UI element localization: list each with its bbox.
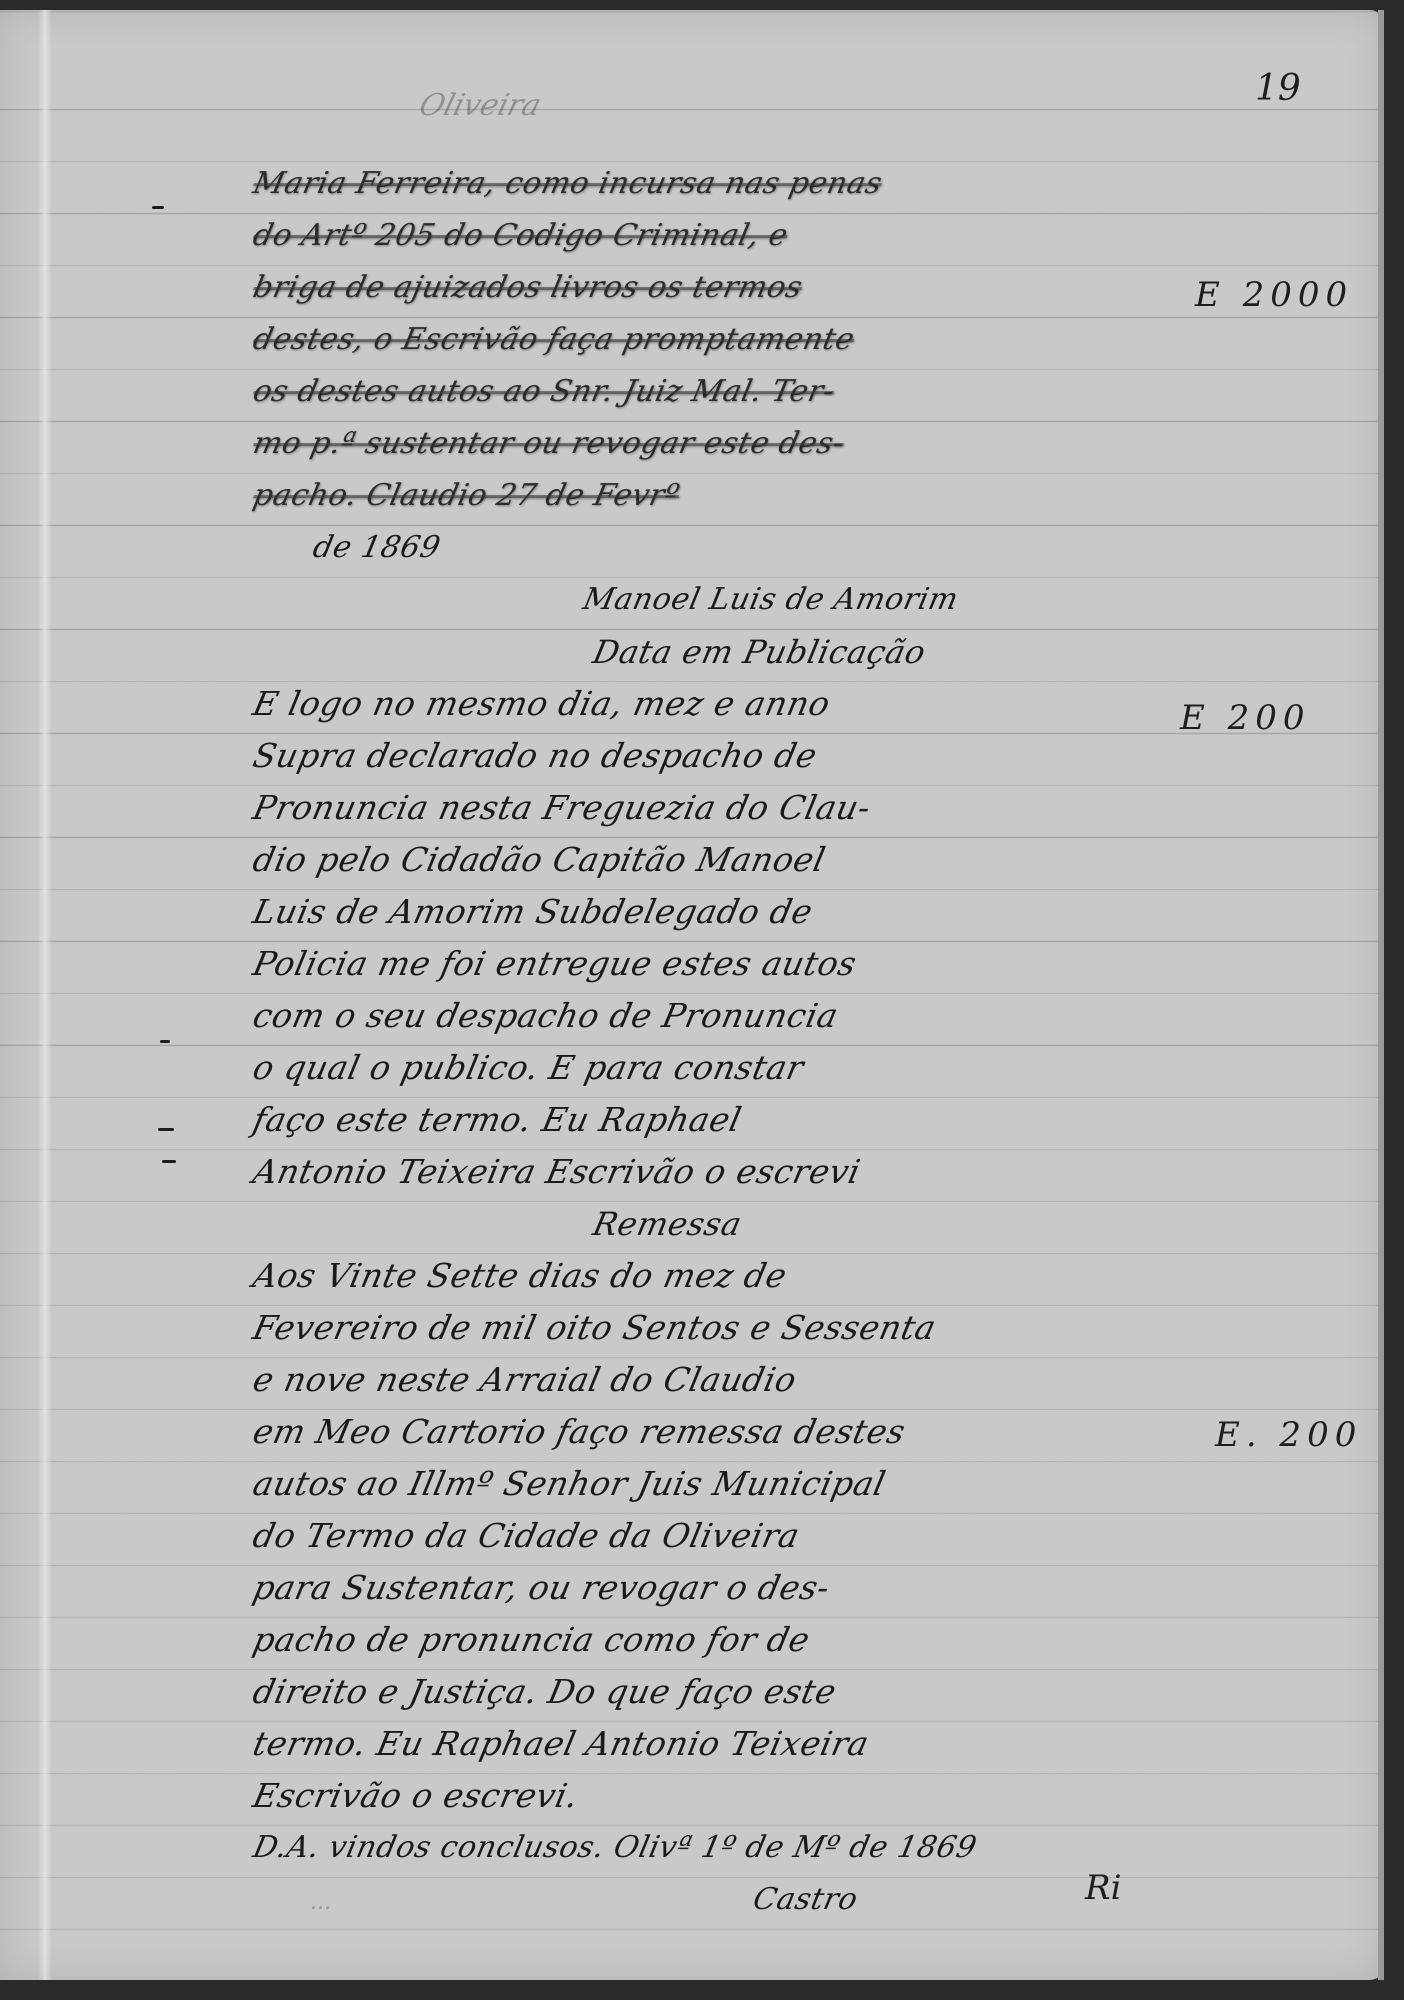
struck-text-line: briga de ajuizados livros os termos (248, 262, 1189, 314)
text-line: E logo no mesmo dia, mez e anno (248, 678, 1189, 730)
margin-ink-mark (162, 1160, 176, 1163)
manuscript-page: 19 Oliveira Maria Ferreira, como incursa… (0, 10, 1384, 1980)
text-line: Antonio Teixeira Escrivão o escrevi (248, 1146, 1189, 1198)
section-heading-remessa: Remessa (248, 1198, 1189, 1250)
text-line: Policia me foi entregue estes autos (248, 938, 1189, 990)
struck-text-line: pacho. Claudio 27 de Fevrº (248, 470, 1189, 522)
text-line: com o seu despacho de Pronuncia (248, 990, 1189, 1042)
text-line: Fevereiro de mil oito Sentos e Sessenta (248, 1302, 1189, 1354)
faded-bleedthrough-footer: ... (310, 1890, 331, 1915)
signature-line: Manoel Luis de Amorim (248, 574, 1189, 626)
text-line: autos ao Illmº Senhor Juis Municipal (248, 1458, 1189, 1510)
page-right-edge (1378, 10, 1384, 1980)
text-line: Aos Vinte Sette dias do mez de (248, 1250, 1189, 1302)
scan-bottom-border (0, 1982, 1404, 2000)
struck-text-line: mo p.ª sustentar ou revogar este des- (248, 418, 1189, 470)
margin-fee-note: E 200 (1180, 698, 1311, 738)
manuscript-text-body: Maria Ferreira, como incursa nas penas d… (248, 158, 1178, 1926)
page-number: 19 (1255, 68, 1301, 109)
text-line: Supra declarado no despacho de (248, 730, 1189, 782)
text-line: do Termo da Cidade da Oliveira (248, 1510, 1189, 1562)
page-fold-shadow (38, 10, 52, 1980)
struck-text-line: do Artº 205 do Codigo Criminal, e (248, 210, 1189, 262)
text-line: dio pelo Cidadão Capitão Manoel (248, 834, 1189, 886)
struck-text-line: Maria Ferreira, como incursa nas penas (248, 158, 1189, 210)
text-line: Luis de Amorim Subdelegado de (248, 886, 1189, 938)
faded-bleedthrough-header: Oliveira (415, 88, 545, 123)
text-line: pacho de pronuncia como for de (248, 1614, 1189, 1666)
text-line: faço este termo. Eu Raphael (248, 1094, 1189, 1146)
margin-ink-mark (160, 1040, 170, 1043)
signature-castro: Castro (248, 1874, 1189, 1926)
conclusion-note-line: D.A. vindos conclusos. Olivª 1º de Mº de… (248, 1822, 1189, 1874)
text-line: e nove neste Arraial do Claudio (248, 1354, 1189, 1406)
margin-ink-mark (158, 1128, 174, 1131)
closing-initials: Ri (1085, 1868, 1121, 1908)
text-line: Pronuncia nesta Freguezia do Clau- (248, 782, 1189, 834)
text-line: termo. Eu Raphael Antonio Teixeira (248, 1718, 1189, 1770)
text-line: para Sustentar, ou revogar o des- (248, 1562, 1189, 1614)
margin-ink-mark (152, 206, 164, 209)
text-line: Escrivão o escrevi. (248, 1770, 1189, 1822)
date-line: de 1869 (248, 522, 1189, 574)
struck-text-line: destes, o Escrivão faça promptamente (248, 314, 1189, 366)
text-line: em Meo Cartorio faço remessa destes (248, 1406, 1189, 1458)
section-heading-data-publicacao: Data em Publicação (248, 626, 1189, 678)
margin-fee-note: E 2000 (1195, 275, 1353, 315)
struck-text-line: os destes autos ao Snr. Juiz Mal. Ter- (248, 366, 1189, 418)
text-line: direito e Justiça. Do que faço este (248, 1666, 1189, 1718)
margin-fee-note: E. 200 (1215, 1415, 1362, 1455)
text-line: o qual o publico. E para constar (248, 1042, 1189, 1094)
